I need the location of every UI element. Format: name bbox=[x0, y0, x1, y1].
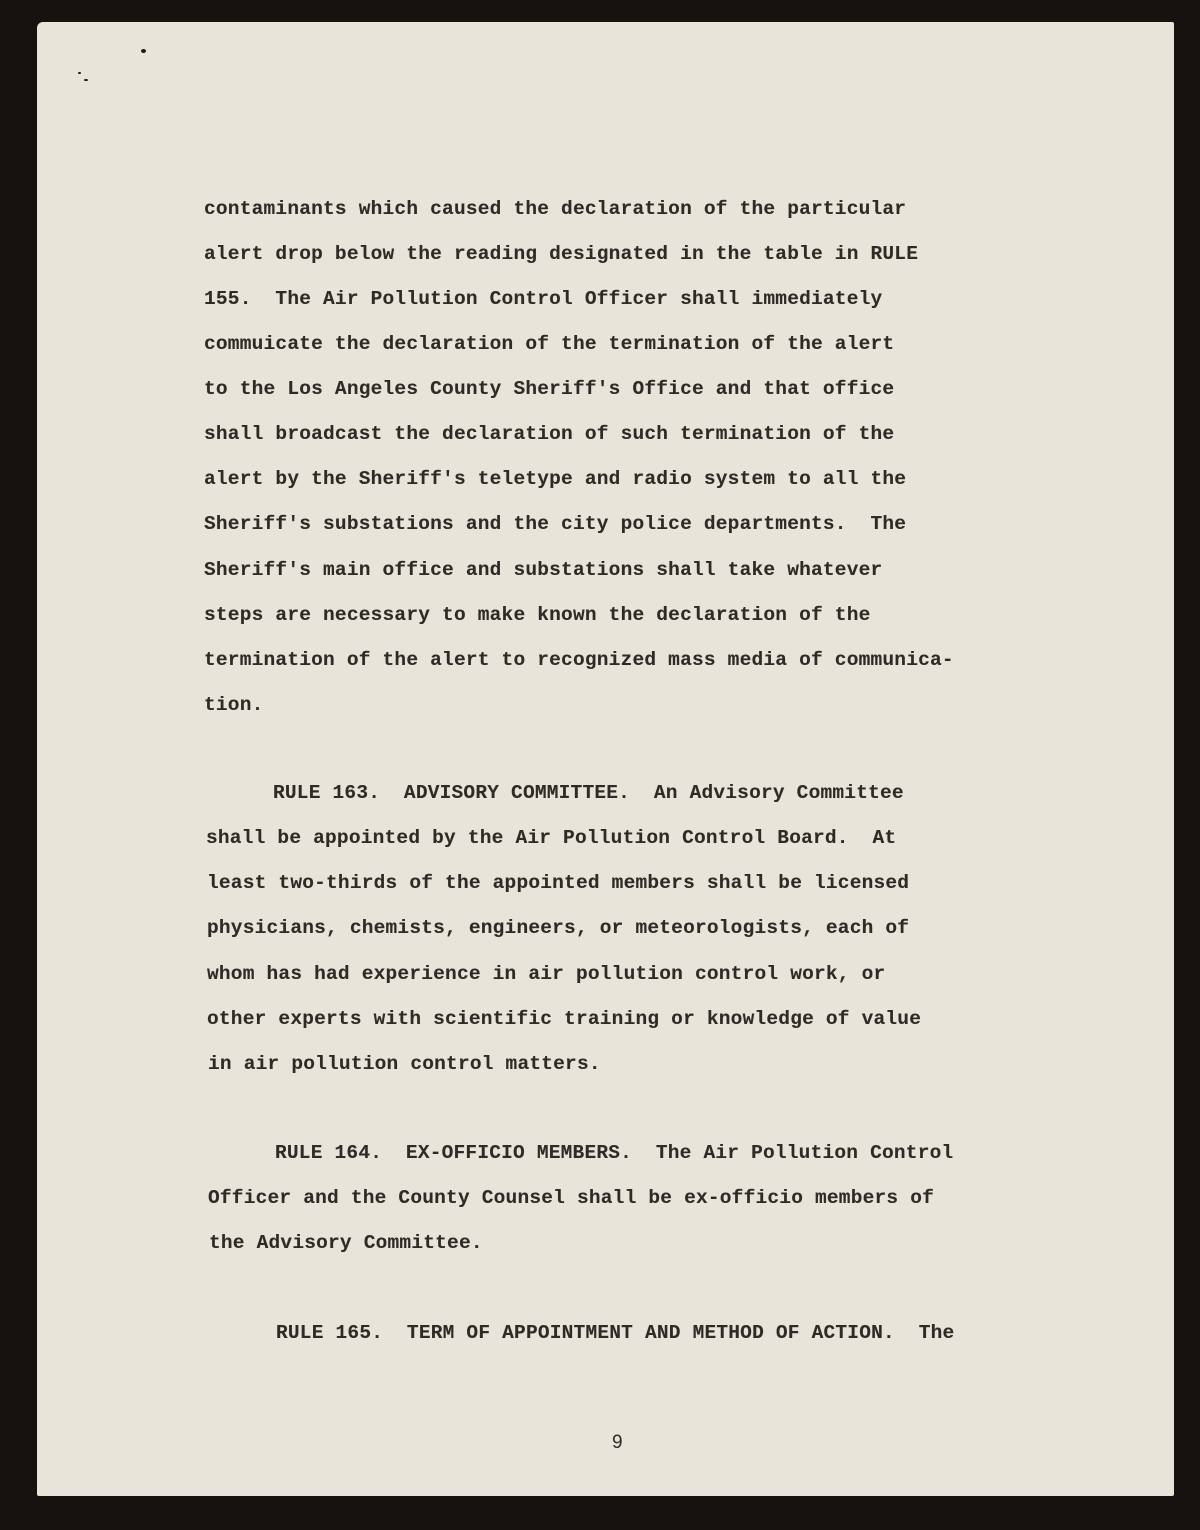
text-line: contaminants which caused the declaratio… bbox=[204, 198, 906, 220]
text-line: Sheriff's main office and substations sh… bbox=[204, 559, 882, 581]
text-line: the Advisory Committee. bbox=[209, 1232, 483, 1254]
text-line: termination of the alert to recognized m… bbox=[204, 649, 954, 671]
text-line: Officer and the County Counsel shall be … bbox=[208, 1187, 934, 1209]
text-line: 155. The Air Pollution Control Officer s… bbox=[204, 288, 882, 310]
text-line: shall be appointed by the Air Pollution … bbox=[206, 827, 896, 849]
text-line: tion. bbox=[204, 694, 264, 716]
text-line: other experts with scientific training o… bbox=[207, 1008, 921, 1030]
text-line: whom has had experience in air pollution… bbox=[207, 963, 885, 985]
text-line: to the Los Angeles County Sheriff's Offi… bbox=[204, 378, 894, 400]
text-line: Sheriff's substations and the city polic… bbox=[204, 513, 906, 535]
ink-speck bbox=[84, 79, 88, 81]
ink-speck bbox=[141, 49, 146, 53]
text-line: alert drop below the reading designated … bbox=[204, 243, 918, 265]
text-line: steps are necessary to make known the de… bbox=[204, 604, 871, 626]
ink-speck bbox=[78, 72, 81, 74]
text-line: physicians, chemists, engineers, or mete… bbox=[207, 917, 909, 939]
page-number: 9 bbox=[612, 1432, 623, 1454]
document-page: contaminants which caused the declaratio… bbox=[37, 22, 1174, 1496]
rule-heading-line: RULE 163. ADVISORY COMMITTEE. An Advisor… bbox=[273, 782, 904, 804]
text-line: in air pollution control matters. bbox=[208, 1053, 601, 1075]
text-line: alert by the Sheriff's teletype and radi… bbox=[204, 468, 906, 490]
text-line: least two-thirds of the appointed member… bbox=[207, 872, 909, 894]
rule-heading-line: RULE 164. EX-OFFICIO MEMBERS. The Air Po… bbox=[275, 1142, 953, 1164]
text-line: shall broadcast the declaration of such … bbox=[204, 423, 894, 445]
text-line: commuicate the declaration of the termin… bbox=[204, 333, 894, 355]
rule-heading-line: RULE 165. TERM OF APPOINTMENT AND METHOD… bbox=[276, 1322, 954, 1344]
